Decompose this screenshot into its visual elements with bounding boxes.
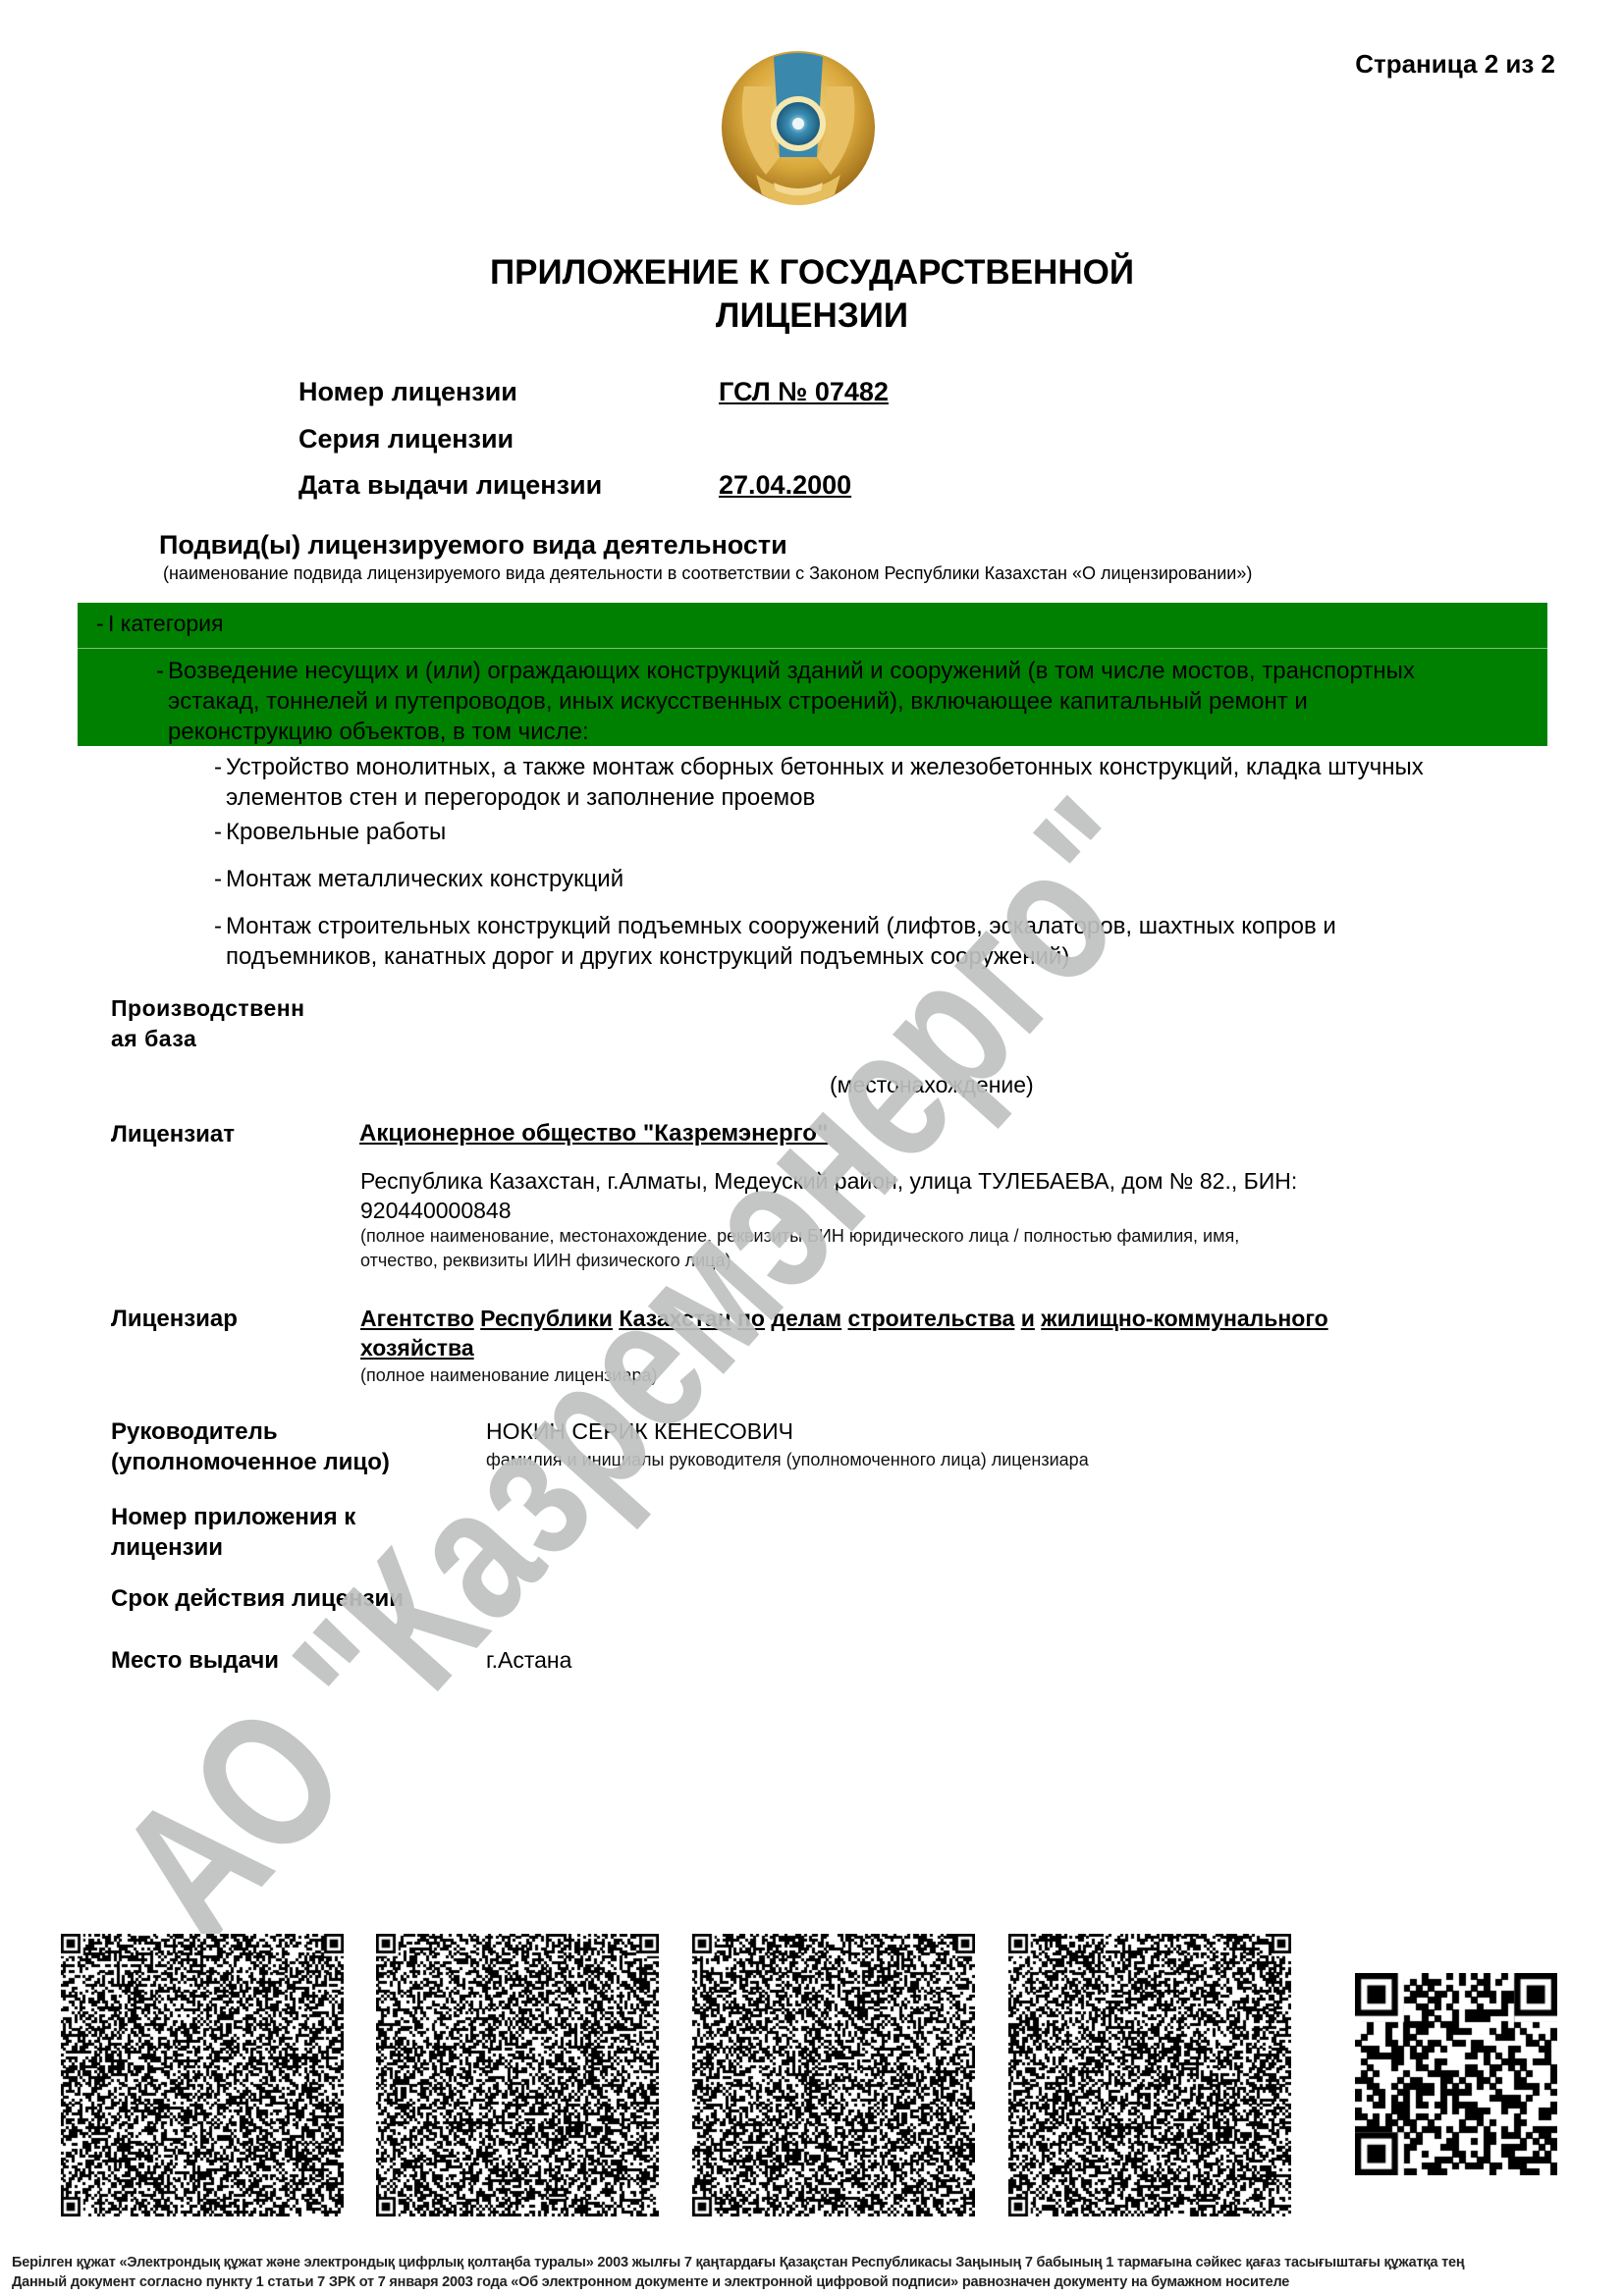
licensor-name-line-2: хозяйства xyxy=(360,1335,474,1361)
production-base-label: Производственн ая база xyxy=(111,993,305,1054)
production-base-label-line-2: ая база xyxy=(111,1024,305,1054)
licensor-name: Агентство Республики Казахстан по делам … xyxy=(360,1304,1328,1362)
page-indicator: Страница 2 из 2 xyxy=(1355,49,1555,80)
license-number-label: Номер лицензии xyxy=(298,377,517,407)
qr-code-2 xyxy=(376,1934,659,2216)
appendix-number-label-line-2: лицензии xyxy=(111,1532,355,1563)
sub-activity-3: Монтаж металлических конструкций xyxy=(226,866,623,892)
issue-place-value: г.Астана xyxy=(486,1645,571,1675)
licensor-name-word: по xyxy=(737,1306,765,1331)
head-name: НОКИН СЕРИК КЕНЕСОВИЧ xyxy=(486,1416,793,1446)
licensor-name-word: Казахстан xyxy=(619,1306,731,1331)
licensee-address: Республика Казахстан, г.Алматы, Медеуски… xyxy=(360,1166,1297,1225)
licensor-label: Лицензиар xyxy=(111,1304,238,1334)
sub-activity-item: -Монтаж металлических конструкций xyxy=(214,864,623,894)
legal-footer: Берілген құжат «Электрондық құжат және э… xyxy=(12,2253,1464,2292)
licensor-hint: (полное наименование лицензиара) xyxy=(360,1363,658,1388)
main-activity-line-3: реконструкцию объектов, в том числе: xyxy=(168,719,589,745)
licensee-address-line-1: Республика Казахстан, г.Алматы, Медеуски… xyxy=(360,1166,1297,1196)
head-label-line-2: (уполномоченное лицо) xyxy=(111,1447,390,1477)
licensor-name-word: жилищно-коммунального xyxy=(1041,1306,1327,1331)
main-activity-item: -Возведение несущих и (или) ограждающих … xyxy=(156,656,1415,747)
licensor-name-word: строительства xyxy=(848,1306,1015,1331)
licensee-bin: 920440000848 xyxy=(360,1196,1297,1225)
qr-code-small xyxy=(1355,1973,1557,2175)
qr-code-3 xyxy=(692,1934,975,2216)
category-label: I категория xyxy=(108,611,223,636)
licensee-label: Лицензиат xyxy=(111,1119,235,1149)
sub-activity-4-line-1: Монтаж строительных конструкций подъемны… xyxy=(226,913,1336,939)
main-activity-line-2: эстакад, тоннелей и путепроводов, иных и… xyxy=(168,688,1308,715)
issue-place-label: Место выдачи xyxy=(111,1645,279,1676)
licensor-name-word: делам xyxy=(771,1306,841,1331)
licensor-name-word: Агентство xyxy=(360,1306,474,1331)
sub-activity-4-line-2: подъемников, канатных дорог и других кон… xyxy=(226,943,1069,970)
category-divider xyxy=(78,648,1547,649)
legal-footer-ru: Данный документ согласно пункту 1 статьи… xyxy=(12,2272,1464,2292)
license-number-value: ГСЛ № 07482 xyxy=(719,377,889,407)
production-base-label-line-1: Производственн xyxy=(111,993,305,1024)
document-title: ПРИЛОЖЕНИЕ К ГОСУДАРСТВЕННОЙ ЛИЦЕНЗИИ xyxy=(0,251,1624,338)
appendix-number-label: Номер приложения к лицензии xyxy=(111,1502,355,1563)
title-line-1: ПРИЛОЖЕНИЕ К ГОСУДАРСТВЕННОЙ xyxy=(0,251,1624,294)
license-series-label: Серия лицензии xyxy=(298,424,514,454)
sub-activity-item: -Устройство монолитных, а также монтаж с… xyxy=(214,752,1424,813)
sub-activity-1-line-2: элементов стен и перегородок и заполнени… xyxy=(226,784,815,811)
state-emblem-icon xyxy=(715,47,882,214)
subkinds-note: (наименование подвида лицензируемого вид… xyxy=(163,563,1252,584)
main-activity-line-1: Возведение несущих и (или) ограждающих к… xyxy=(168,658,1415,684)
category-item: -I категория xyxy=(96,609,223,639)
validity-label: Срок действия лицензии xyxy=(111,1583,404,1614)
head-label: Руководитель (уполномоченное лицо) xyxy=(111,1416,390,1477)
licensor-name-word: Республики xyxy=(480,1306,613,1331)
sub-activity-item: -Кровельные работы xyxy=(214,817,446,847)
licensee-name: Акционерное общество "Казремэнерго" xyxy=(359,1119,828,1148)
licensee-hint-line-1: (полное наименование, местонахождение, р… xyxy=(360,1224,1239,1249)
sub-activity-item: -Монтаж строительных конструкций подъемн… xyxy=(214,911,1336,972)
license-date-label: Дата выдачи лицензии xyxy=(298,470,602,501)
qr-code-4 xyxy=(1008,1934,1291,2216)
appendix-number-label-line-1: Номер приложения к xyxy=(111,1502,355,1532)
title-line-2: ЛИЦЕНЗИИ xyxy=(0,294,1624,338)
subkinds-title: Подвид(ы) лицензируемого вида деятельнос… xyxy=(159,530,787,561)
license-date-value: 27.04.2000 xyxy=(719,470,851,501)
sub-activity-2: Кровельные работы xyxy=(226,819,446,845)
licensee-hint: (полное наименование, местонахождение, р… xyxy=(360,1224,1239,1273)
head-hint: фамилия и инициалы руководителя (уполном… xyxy=(486,1448,1089,1472)
licensee-hint-line-2: отчество, реквизиты ИИН физического лица… xyxy=(360,1249,1239,1273)
head-label-line-1: Руководитель xyxy=(111,1416,390,1447)
sub-activity-1-line-1: Устройство монолитных, а также монтаж сб… xyxy=(226,754,1424,780)
licensor-name-word: и xyxy=(1021,1306,1035,1331)
licensor-name-line-1: Агентство Республики Казахстан по делам … xyxy=(360,1304,1328,1333)
legal-footer-kz: Берілген құжат «Электрондық құжат және э… xyxy=(12,2253,1464,2272)
qr-code-1 xyxy=(61,1934,344,2216)
production-base-hint: (местонахождение) xyxy=(830,1070,1034,1099)
